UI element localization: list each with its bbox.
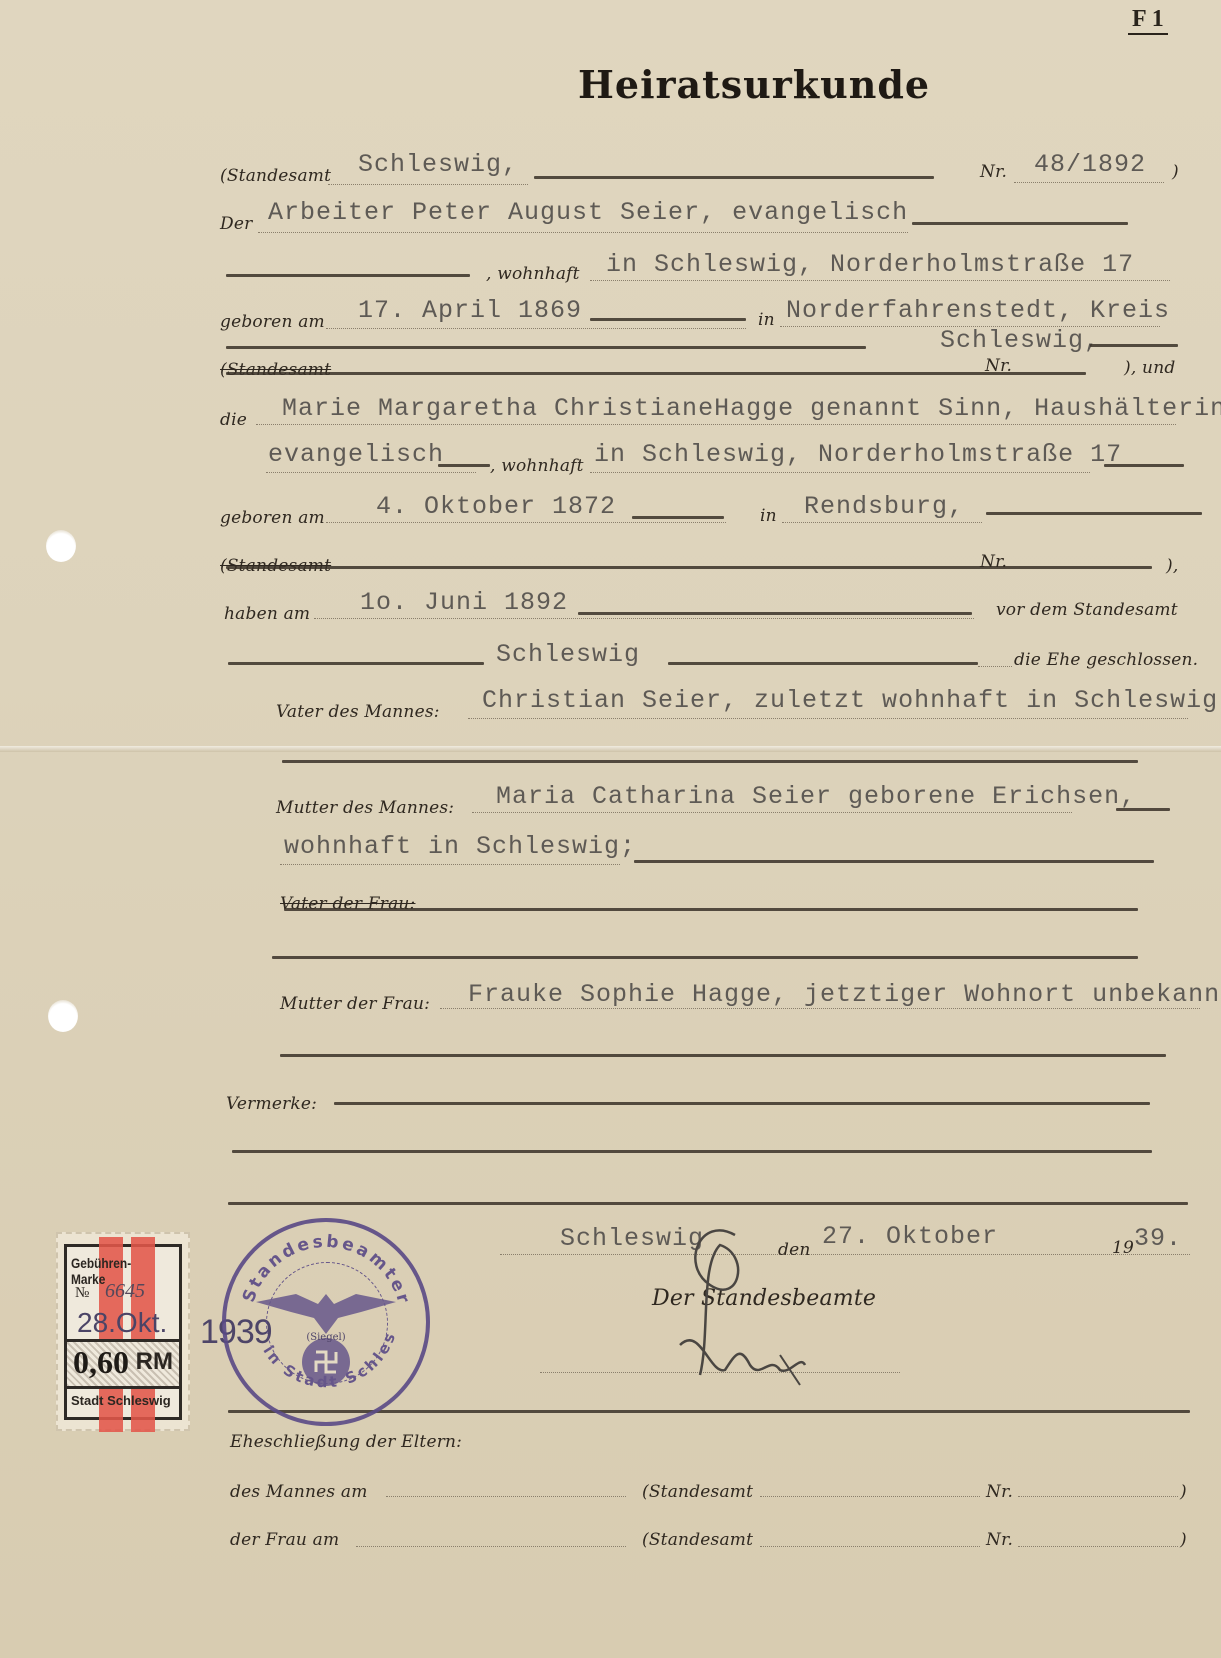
notes-label: Vermerke:: [226, 1094, 317, 1114]
registry-nr: 48/1892: [1034, 150, 1146, 179]
dotted-line: [256, 424, 1176, 425]
fill-rule: [226, 346, 866, 349]
strike-rule: [226, 372, 1086, 375]
groom-birth-place-2: Schleswig,: [940, 326, 1100, 355]
fill-rule: [280, 1054, 1166, 1057]
bride-birth-place: Rendsburg,: [804, 492, 964, 521]
fill-rule: [534, 176, 934, 179]
dotted-line: [326, 328, 746, 329]
signature: [640, 1205, 840, 1395]
bride-close: ),: [1166, 556, 1178, 576]
fee-stamp-no: 6645: [105, 1280, 145, 1303]
dotted-line: [590, 280, 1170, 281]
marriage-date: 1o. Juni 1892: [360, 588, 568, 617]
bride-born-label: geboren am: [220, 508, 325, 528]
fill-rule: [228, 662, 484, 665]
fee-stamp: Gebühren-Marke № 6645 28.Okt. 0,60 RM St…: [56, 1232, 190, 1431]
issue-year-prefix: 19: [1112, 1238, 1134, 1258]
dotted-line: [1018, 1546, 1178, 1547]
groom-residence: in Schleswig, Norderholmstraße 17: [606, 250, 1134, 279]
strike-rule: [226, 566, 1152, 569]
eagle-icon: Standesbeamter in Stadt Schleswig (Siege…: [226, 1222, 426, 1422]
fee-stamp-city: Stadt Schleswig: [71, 1393, 171, 1408]
dotted-line: [782, 522, 982, 523]
groom-father: Christian Seier, zuletzt wohnhaft in Sch…: [482, 686, 1221, 715]
dotted-line: [760, 1546, 980, 1547]
dotted-line: [500, 1254, 1190, 1255]
dotted-line: [978, 666, 1012, 667]
notes-rule: [232, 1150, 1152, 1153]
bride-nr-label: Nr.: [980, 552, 1007, 572]
fee-stamp-currency: RM: [136, 1348, 173, 1376]
official-seal: Standesbeamter in Stadt Schleswig (Siege…: [222, 1218, 430, 1426]
parents-marriage-row-close: ): [1180, 1482, 1187, 1502]
dotted-line: [280, 864, 620, 865]
dotted-line: [326, 522, 726, 523]
parents-marriage-row-label: des Mannes am: [230, 1482, 368, 1502]
dotted-line: [472, 812, 1072, 813]
dotted-line: [468, 718, 1188, 719]
marriage-office: Schleswig: [496, 640, 640, 669]
bride-religion: evangelisch: [268, 440, 444, 469]
parents-marriage-row-label: der Frau am: [230, 1530, 339, 1550]
punch-hole: [48, 1000, 78, 1032]
parents-marriage-row-nr: Nr.: [986, 1530, 1013, 1550]
bride-in-label: in: [760, 506, 777, 526]
marriage-have-label: haben am: [224, 604, 310, 624]
groom-nr-label: Nr.: [985, 356, 1012, 376]
fill-rule: [282, 760, 1138, 763]
groom-close-and: ), und: [1124, 358, 1175, 378]
fill-rule: [668, 662, 978, 665]
groom-father-label: Vater des Mannes:: [276, 702, 440, 722]
parents-marriage-row-office: (Standesamt: [642, 1482, 753, 1502]
fill-rule: [272, 956, 1138, 959]
fill-rule: [1104, 464, 1184, 467]
strike-rule: [284, 908, 1138, 911]
fill-rule: [634, 860, 1154, 863]
fill-rule: [226, 274, 470, 277]
groom-mother-label: Mutter des Mannes:: [276, 798, 454, 818]
marriage-before-label: vor dem Standesamt: [996, 600, 1178, 620]
groom-in-label: in: [758, 310, 775, 330]
registry-close: ): [1172, 162, 1179, 182]
issue-date: 27. Oktober: [822, 1222, 998, 1251]
bride-birth-date: 4. Oktober 1872: [376, 492, 616, 521]
registry-nr-label: Nr.: [980, 162, 1007, 182]
bride-name-occupation: Marie Margaretha ChristianeHagge genannt…: [282, 394, 1221, 423]
fee-amount-box: 0,60 RM: [67, 1339, 179, 1389]
dotted-line: [266, 472, 476, 473]
parents-marriage-row-nr: Nr.: [986, 1482, 1013, 1502]
registry-office: Schleswig,: [358, 150, 518, 179]
bride-mother: Frauke Sophie Hagge, jetztiger Wohnort u…: [468, 980, 1221, 1009]
fee-stamp-no-label: №: [75, 1285, 89, 1302]
bride-residence: in Schleswig, Norderholmstraße 17: [594, 440, 1122, 469]
bride-residence-label: , wohnhaft: [490, 456, 584, 476]
punch-hole: [46, 530, 76, 562]
bride-mother-label: Mutter der Frau:: [280, 994, 430, 1014]
groom-name-occupation: Arbeiter Peter August Seier, evangelisch: [268, 198, 908, 227]
groom-residence-label: , wohnhaft: [486, 264, 580, 284]
dotted-line: [386, 1496, 626, 1497]
seal-center-text: (Siegel): [306, 1332, 345, 1343]
groom-birth-place-1: Norderfahrenstedt, Kreis: [786, 296, 1170, 325]
fee-stamp-date: 28.Okt.: [77, 1307, 167, 1339]
groom-born-label: geboren am: [220, 312, 325, 332]
dotted-line: [1018, 1496, 1178, 1497]
dotted-line: [1014, 182, 1164, 183]
bride-father-label: Vater der Frau:: [280, 894, 415, 914]
document-title: Heiratsurkunde: [578, 62, 930, 107]
parents-marriage-row-office: (Standesamt: [642, 1530, 753, 1550]
marriage-closed-label: die Ehe geschlossen.: [1014, 650, 1198, 670]
groom-mother-1: Maria Catharina Seier geborene Erichsen,: [496, 782, 1136, 811]
fee-stamp-amount: 0,60: [73, 1344, 129, 1381]
form-number: F 1: [1128, 6, 1168, 35]
bride-die-label: die: [220, 410, 247, 430]
groom-der-label: Der: [220, 214, 252, 234]
parents-marriage-heading: Eheschließung der Eltern:: [230, 1432, 462, 1452]
registry-office-label: (Standesamt: [220, 166, 331, 186]
fill-rule: [578, 612, 972, 615]
fill-rule: [438, 464, 490, 467]
fill-rule: [1116, 808, 1170, 811]
dotted-line: [328, 184, 528, 185]
dotted-line: [760, 1496, 980, 1497]
paper-fold: [0, 746, 1221, 752]
groom-birth-date: 17. April 1869: [358, 296, 582, 325]
fill-rule: [986, 512, 1202, 515]
dotted-line: [590, 472, 1090, 473]
fill-rule: [590, 318, 746, 321]
fill-rule: [912, 222, 1128, 225]
dotted-line: [314, 618, 974, 619]
parents-marriage-row-close: ): [1180, 1530, 1187, 1550]
fill-rule: [1090, 344, 1178, 347]
dotted-line: [356, 1546, 626, 1547]
notes-rule: [334, 1102, 1150, 1105]
fill-rule: [632, 516, 724, 519]
dotted-line: [258, 232, 908, 233]
groom-office-label: (Standesamt: [220, 360, 331, 380]
issue-year-suffix: 39.: [1134, 1224, 1182, 1253]
groom-mother-2: wohnhaft in Schleswig;: [284, 832, 636, 861]
